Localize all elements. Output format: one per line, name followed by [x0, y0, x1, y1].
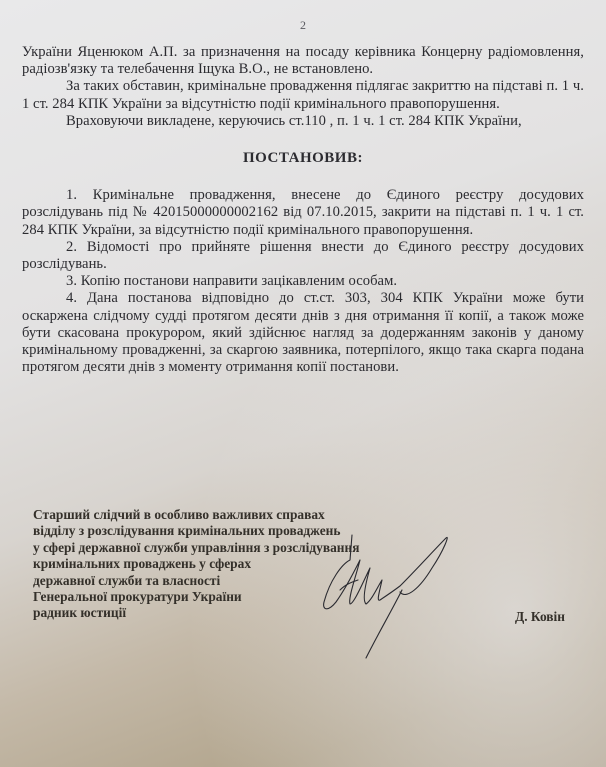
page-number: 2 — [0, 18, 606, 33]
document-body: України Яценюком А.П. за призначення на … — [22, 44, 584, 376]
resolution-item-2: 2. Відомості про прийняте рішення внести… — [22, 239, 584, 273]
paragraph-considering: Враховуючи викладене, керуючись ст.110 ,… — [22, 113, 584, 130]
resolution-item-4: 4. Дана постанова відповідно до ст.ст. 3… — [22, 290, 584, 376]
signatory-name: Д. Ковін — [515, 609, 565, 625]
paragraph-closure-grounds: За таких обставин, кримінальне проваджен… — [22, 78, 584, 112]
resolution-item-3: 3. Копію постанови направити зацікавлени… — [22, 273, 584, 290]
resolution-heading: ПОСТАНОВИВ: — [22, 150, 584, 167]
signatory-title-line: Старший слідчий в особливо важливих спра… — [33, 507, 453, 523]
resolution-item-1: 1. Кримінальне провадження, внесене до Є… — [22, 187, 584, 239]
handwritten-signature — [320, 530, 520, 670]
paragraph-continuation: України Яценюком А.П. за призначення на … — [22, 44, 584, 78]
